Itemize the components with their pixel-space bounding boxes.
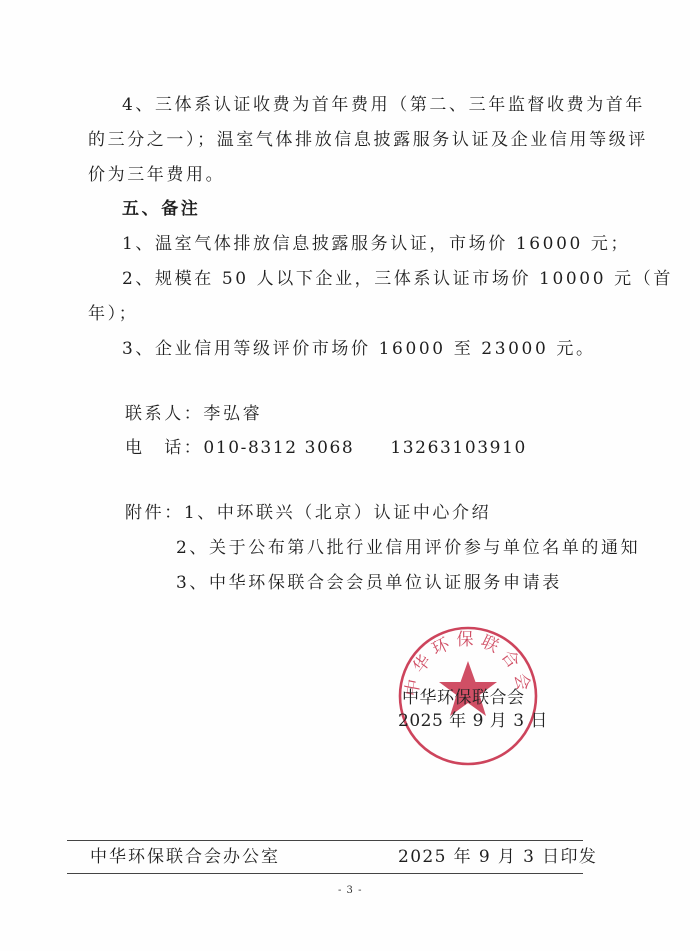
note2-line2: 年）；: [88, 303, 138, 325]
signature-date: 2025 年 9 月 3 日: [398, 710, 548, 732]
attachment-item-1: 附件：1、中环联兴（北京）认证中心介绍: [125, 502, 491, 524]
note2-line1: 2、规模在 50 人以下企业，三体系认证市场价 10000 元（首: [122, 268, 673, 290]
attachment-item-3: 3、中华环保联合会会员单位认证服务申请表: [176, 572, 562, 594]
contact-phone-mobile: 13263103910: [390, 438, 527, 458]
attachment-item-2: 2、关于公布第八批行业信用评价参与单位名单的通知: [176, 537, 640, 559]
contact-person-label: 联系人：: [125, 404, 203, 424]
signature-organization: 中华环保联合会: [402, 687, 525, 709]
item4-line1: 4、三体系认证收费为首年费用（第二、三年监督收费为首年: [122, 94, 645, 116]
attachments-label: 附件：: [125, 503, 184, 523]
footer-top-rule: [67, 840, 583, 841]
contact-phone-landline: 010-8312 3068: [203, 438, 354, 458]
section5-heading: 五、备注: [122, 198, 200, 220]
note3: 3、企业信用等级评价市场价 16000 至 23000 元。: [122, 338, 596, 360]
footer-issue-date: 2025 年 9 月 3 日印发: [398, 846, 597, 868]
document-page: 4、三体系认证收费为首年费用（第二、三年监督收费为首年 的三分之一）；温室气体排…: [0, 0, 700, 951]
contact-person: 联系人：李弘睿: [125, 403, 262, 425]
footer-issuer: 中华环保联合会办公室: [90, 846, 280, 868]
page-number: - 3 -: [338, 885, 362, 896]
contact-person-name: 李弘睿: [203, 404, 262, 424]
contact-phone-label: 电 话：: [125, 438, 203, 458]
attachment-text-1: 1、中环联兴（北京）认证中心介绍: [184, 503, 491, 523]
contact-phone: 电 话：010-8312 306813263103910: [125, 437, 527, 459]
item4-line3: 价为三年费用。: [88, 164, 225, 186]
footer-bottom-rule: [67, 873, 583, 874]
note1: 1、温室气体排放信息披露服务认证，市场价 16000 元；: [122, 233, 630, 255]
item4-line2: 的三分之一）；温室气体排放信息披露服务认证及企业信用等级评: [88, 129, 648, 151]
